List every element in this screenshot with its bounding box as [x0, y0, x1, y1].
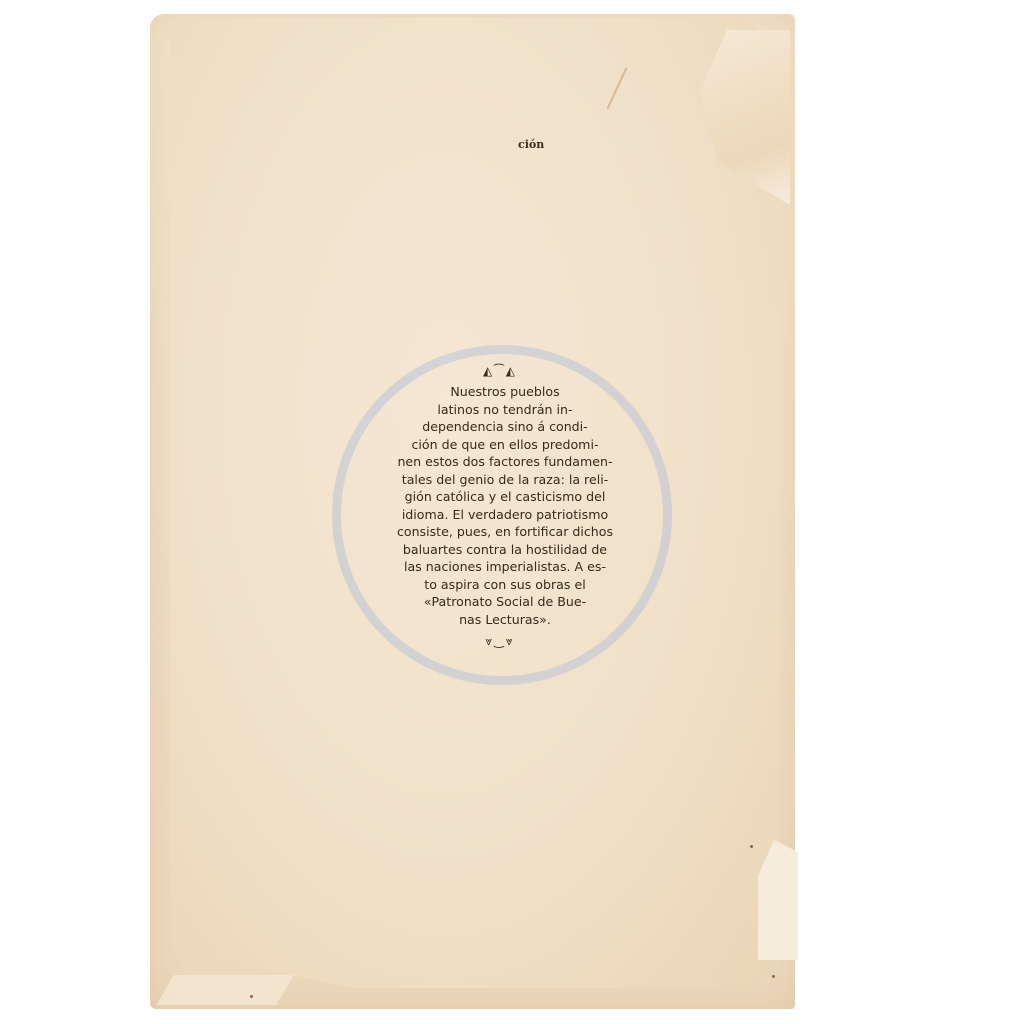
ornament-bottom-icon: ⩔‿⩔	[470, 634, 530, 649]
passage-line: tales del genio de la raza: la reli-	[340, 471, 670, 489]
heading-fragment: ción	[518, 138, 544, 151]
passage-line: nas Lecturas».	[340, 611, 670, 629]
foxing-spot	[250, 995, 253, 998]
foxing-spot	[750, 845, 753, 848]
passage-line: consiste, pues, en fortificar dichos	[340, 523, 670, 541]
passage-line: latinos no tendrán in-	[340, 401, 670, 419]
page-corner-flap	[156, 975, 293, 1005]
passage-line: gión católica y el casticismo del	[340, 488, 670, 506]
passage-line: baluartes contra la hostilidad de	[340, 541, 670, 559]
passage-line: ción de que en ellos predomi-	[340, 436, 670, 454]
passage-line: «Patronato Social de Bue-	[340, 593, 670, 611]
cover-passage: Nuestros pueblos latinos no tendrán in- …	[340, 383, 670, 628]
passage-line: dependencia sino á condi-	[340, 418, 670, 436]
passage-line: las naciones imperialistas. A es-	[340, 558, 670, 576]
foxing-spot	[772, 975, 775, 978]
passage-line: nen estos dos factores fundamen-	[340, 453, 670, 471]
passage-line: Nuestros pueblos	[340, 383, 670, 401]
passage-line: to aspira con sus obras el	[340, 576, 670, 594]
ornament-top-icon: ◭⁀◭	[470, 364, 530, 378]
passage-line: idioma. El verdadero patriotismo	[340, 506, 670, 524]
